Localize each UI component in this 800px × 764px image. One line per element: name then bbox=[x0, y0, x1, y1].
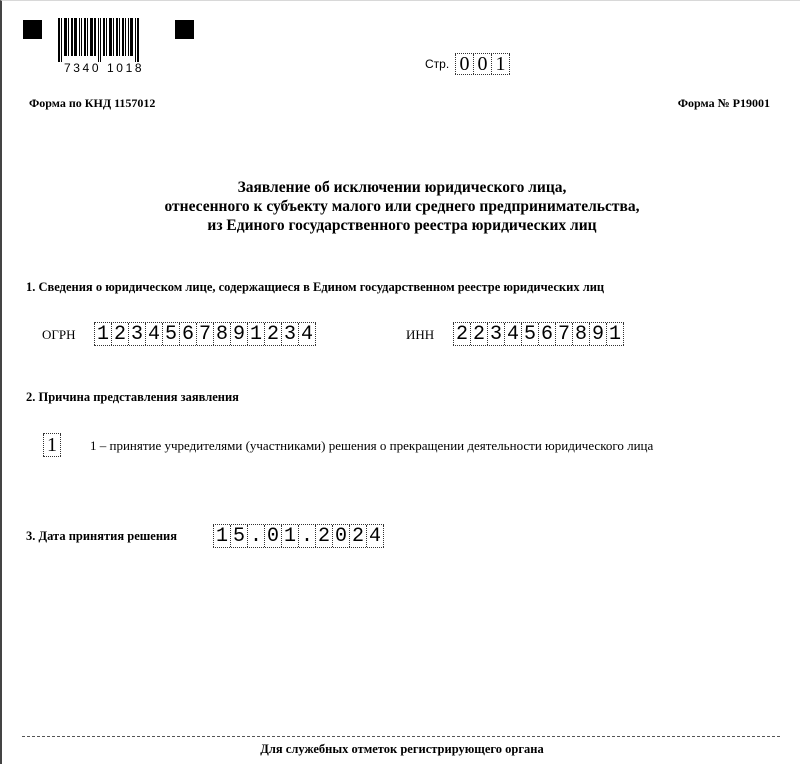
ogrn-digit: 6 bbox=[179, 323, 196, 345]
barcode bbox=[58, 18, 163, 58]
ogrn-digit: 3 bbox=[281, 323, 298, 345]
barcode-bar bbox=[125, 18, 126, 56]
title-line-1: Заявление об исключении юридического лиц… bbox=[2, 178, 800, 197]
date-digit: 2 bbox=[349, 525, 366, 547]
section-3-heading: 3. Дата принятия решения bbox=[26, 529, 177, 544]
ogrn-digit: 3 bbox=[128, 323, 145, 345]
page-digit: 1 bbox=[491, 54, 510, 74]
ogrn-digit: 7 bbox=[196, 323, 213, 345]
barcode-bar bbox=[87, 18, 88, 56]
barcode-number: 7340 1018 bbox=[64, 61, 144, 75]
inn-digit: 5 bbox=[521, 323, 538, 345]
inn-digit: 8 bbox=[572, 323, 589, 345]
ogrn-digit: 2 bbox=[111, 323, 128, 345]
barcode-bar bbox=[74, 18, 77, 56]
page-label: Стр. bbox=[425, 57, 449, 71]
barcode-bar bbox=[71, 18, 73, 56]
reason-code-digit: 1 bbox=[43, 434, 61, 456]
reason-description: 1 – принятие учредителями (участниками) … bbox=[90, 438, 653, 454]
ogrn-digit: 1 bbox=[247, 323, 264, 345]
section-2-heading: 2. Причина представления заявления bbox=[26, 390, 239, 405]
barcode-bar bbox=[100, 18, 101, 62]
barcode-bar bbox=[61, 18, 62, 62]
barcode-bar bbox=[58, 18, 60, 62]
form-page: 7340 1018 Стр. 0 0 1 Форма по КНД 115701… bbox=[0, 0, 800, 764]
inn-digit: 2 bbox=[470, 323, 487, 345]
ogrn-label: ОГРН bbox=[42, 327, 76, 343]
barcode-bar bbox=[109, 18, 112, 56]
inn-digit: 7 bbox=[555, 323, 572, 345]
ogrn-digit: 1 bbox=[94, 323, 111, 345]
ogrn-digit: 8 bbox=[213, 323, 230, 345]
date-digit: 5 bbox=[230, 525, 247, 547]
barcode-bar bbox=[90, 18, 93, 56]
barcode-bar bbox=[113, 18, 114, 56]
section-1-heading: 1. Сведения о юридическом лице, содержащ… bbox=[26, 280, 604, 295]
page-digit: 0 bbox=[473, 54, 491, 74]
barcode-bar bbox=[103, 18, 105, 56]
ogrn-digit: 5 bbox=[162, 323, 179, 345]
form-number: Форма № Р19001 bbox=[678, 96, 770, 111]
inn-digit: 3 bbox=[487, 323, 504, 345]
barcode-bar bbox=[119, 18, 120, 56]
barcode-bar bbox=[130, 18, 133, 56]
date-digit: 1 bbox=[281, 525, 298, 547]
inn-digit: 2 bbox=[453, 323, 470, 345]
barcode-bar bbox=[135, 18, 136, 62]
barcode-bar bbox=[128, 18, 129, 56]
date-digit: 1 bbox=[213, 525, 230, 547]
inn-label: ИНН bbox=[406, 327, 434, 343]
barcode-bar bbox=[137, 18, 139, 62]
ogrn-field[interactable]: 1 2 3 4 5 6 7 8 9 1 2 3 4 bbox=[94, 322, 316, 346]
barcode-bar bbox=[64, 18, 67, 56]
date-digit: 0 bbox=[264, 525, 281, 547]
ogrn-digit: 4 bbox=[145, 323, 162, 345]
decision-date-field[interactable]: 1 5 . 0 1 . 2 0 2 4 bbox=[213, 524, 384, 548]
date-digit: 0 bbox=[332, 525, 349, 547]
ogrn-digit: 2 bbox=[264, 323, 281, 345]
barcode-bar bbox=[68, 18, 69, 56]
date-separator: . bbox=[247, 525, 264, 547]
inn-digit: 4 bbox=[504, 323, 521, 345]
barcode-bar bbox=[84, 18, 86, 56]
barcode-bar bbox=[79, 18, 80, 56]
page-digit: 0 bbox=[455, 54, 473, 74]
date-digit: 4 bbox=[366, 525, 384, 547]
alignment-marker-right bbox=[175, 20, 194, 39]
document-title: Заявление об исключении юридического лиц… bbox=[2, 178, 800, 235]
form-knd-code: Форма по КНД 1157012 bbox=[29, 96, 155, 111]
barcode-bar bbox=[116, 18, 118, 56]
barcode-bar bbox=[106, 18, 107, 56]
date-separator: . bbox=[298, 525, 315, 547]
barcode-bar bbox=[81, 18, 82, 56]
title-line-2: отнесенного к субъекту малого или средне… bbox=[2, 197, 800, 216]
reason-code-field[interactable]: 1 bbox=[43, 433, 61, 457]
title-line-3: из Единого государственного реестра юрид… bbox=[2, 216, 800, 235]
ogrn-digit: 4 bbox=[298, 323, 316, 345]
alignment-marker-left bbox=[23, 20, 42, 39]
inn-digit: 9 bbox=[589, 323, 606, 345]
barcode-bar bbox=[122, 18, 124, 56]
cut-line-divider bbox=[22, 736, 780, 737]
ogrn-digit: 9 bbox=[230, 323, 247, 345]
date-digit: 2 bbox=[315, 525, 332, 547]
inn-digit: 6 bbox=[538, 323, 555, 345]
barcode-bar bbox=[98, 18, 99, 62]
inn-field[interactable]: 2 2 3 4 5 6 7 8 9 1 bbox=[453, 322, 624, 346]
page-number-field: 0 0 1 bbox=[455, 53, 510, 75]
inn-digit: 1 bbox=[606, 323, 624, 345]
barcode-bar bbox=[94, 18, 96, 56]
registrar-notes-heading: Для служебных отметок регистрирующего ор… bbox=[2, 742, 800, 757]
